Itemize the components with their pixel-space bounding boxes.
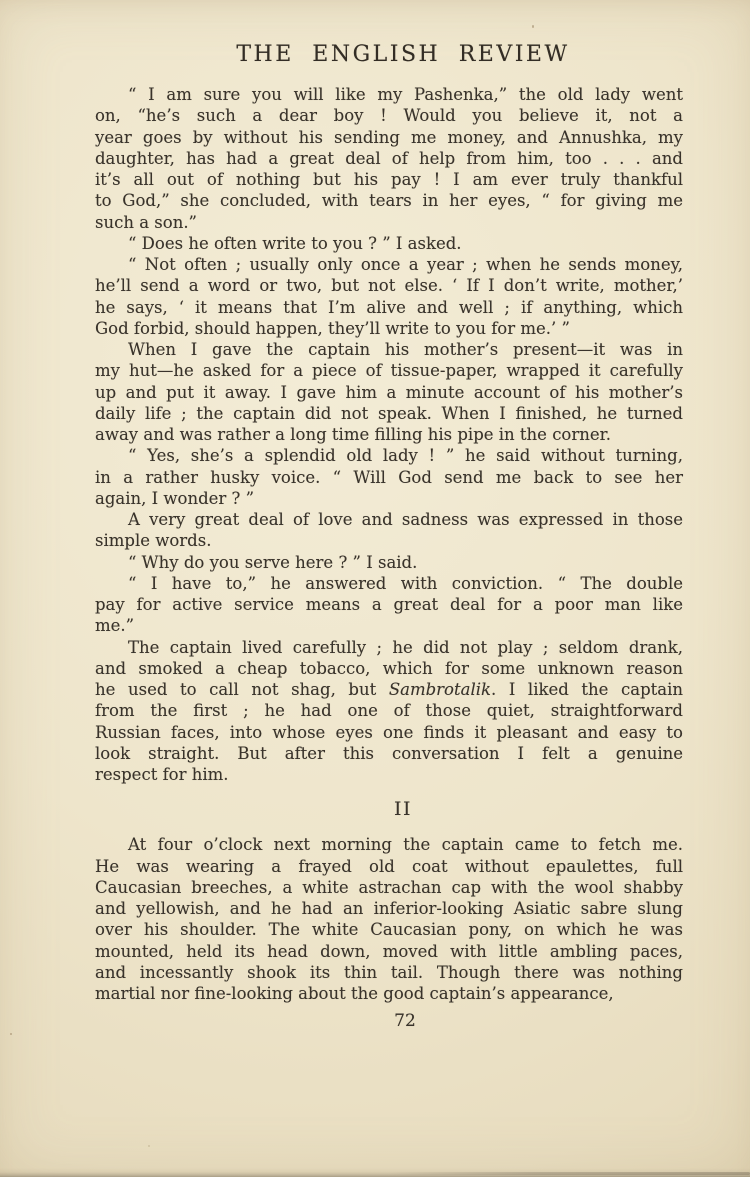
- paragraph: At four o’clock next morning the captain…: [95, 834, 683, 1004]
- text-line: on, “he’s such a dear boy ! Would you be…: [95, 105, 683, 126]
- paragraph: “ Does he often write to you ? ” I asked…: [95, 233, 683, 254]
- text-line: “ Not often ; usually only once a year ;…: [95, 254, 683, 275]
- text-line: When I gave the captain his mother’s pre…: [95, 339, 683, 360]
- text-line: A very great deal of love and sadness wa…: [95, 509, 683, 530]
- text-line: The captain lived carefully ; he did not…: [95, 637, 683, 658]
- page-edge-line: [390, 1172, 750, 1175]
- text-line: he used to call not shag, but Sambrotali…: [95, 679, 683, 700]
- paper-speck: [148, 1145, 150, 1147]
- text-line: from the first ; he had one of those qui…: [95, 700, 683, 721]
- text-line: up and put it away. I gave him a minute …: [95, 382, 683, 403]
- text-line: me.”: [95, 615, 683, 636]
- text-line: and yellowish, and he had an inferior-lo…: [95, 898, 683, 919]
- text-line: “ I have to,” he answered with convictio…: [95, 573, 683, 594]
- paragraph: The captain lived carefully ; he did not…: [95, 637, 683, 786]
- text-line: Caucasian breeches, a white astrachan ca…: [95, 877, 683, 898]
- text-line: away and was rather a long time filling …: [95, 424, 683, 445]
- text-line: he’ll send a word or two, but not else. …: [95, 275, 683, 296]
- text-line: He was wearing a frayed old coat without…: [95, 856, 683, 877]
- paragraph: “ I have to,” he answered with convictio…: [95, 573, 683, 637]
- text-line: Russian faces, into whose eyes one finds…: [95, 722, 683, 743]
- text-line: martial nor fine-looking about the good …: [95, 983, 683, 1004]
- text-line: look straight. But after this conversati…: [95, 743, 683, 764]
- text-line: year goes by without his sending me mone…: [95, 127, 683, 148]
- text-line: over his shoulder. The white Caucasian p…: [95, 919, 683, 940]
- paragraph: “ Yes, she’s a splendid old lady ! ” he …: [95, 445, 683, 509]
- text-line: my hut—he asked for a piece of tissue-pa…: [95, 360, 683, 381]
- paragraph: A very great deal of love and sadness wa…: [95, 509, 683, 552]
- text-line: daughter, has had a great deal of help f…: [95, 148, 683, 169]
- paragraph: When I gave the captain his mother’s pre…: [95, 339, 683, 445]
- text-line: it’s all out of nothing but his pay ! I …: [95, 169, 683, 190]
- paragraph: “ Not often ; usually only once a year ;…: [95, 254, 683, 339]
- text-line: and smoked a cheap tobacco, which for so…: [95, 658, 683, 679]
- text-line: God forbid, should happen, they’ll write…: [95, 318, 683, 339]
- text-line: daily life ; the captain did not speak. …: [95, 403, 683, 424]
- text-line: in a rather husky voice. “ Will God send…: [95, 467, 683, 488]
- text-line: to God,” she concluded, with tears in he…: [95, 190, 683, 211]
- page-body: “ I am sure you will like my Pashenka,” …: [95, 84, 683, 1004]
- text-line: and incessantly shook its thin tail. Tho…: [95, 962, 683, 983]
- text-line: simple words.: [95, 530, 683, 551]
- text-line: pay for active service means a great dea…: [95, 594, 683, 615]
- text-line: “ Why do you serve here ? ” I said.: [95, 552, 683, 573]
- text-line: such a son.”: [95, 212, 683, 233]
- page-title: THE ENGLISH REVIEW: [109, 42, 697, 68]
- text-line: “ Does he often write to you ? ” I asked…: [95, 233, 683, 254]
- text-line: respect for him.: [95, 764, 683, 785]
- text-line: mounted, held its head down, moved with …: [95, 941, 683, 962]
- paragraph: “ Why do you serve here ? ” I said.: [95, 552, 683, 573]
- paper-speck: [10, 1033, 12, 1035]
- page-number: 72: [111, 1010, 699, 1032]
- italic-text: Sambrotalik: [389, 680, 491, 699]
- text-line: he says, ‘ it means that I’m alive and w…: [95, 297, 683, 318]
- section-heading: II: [109, 799, 697, 820]
- text-line: “ Yes, she’s a splendid old lady ! ” he …: [95, 445, 683, 466]
- text-line: “ I am sure you will like my Pashenka,” …: [95, 84, 683, 105]
- text-line: again, I wonder ? ”: [95, 488, 683, 509]
- paragraph: “ I am sure you will like my Pashenka,” …: [95, 84, 683, 233]
- paper-speck: [532, 25, 534, 28]
- book-page-scan: THE ENGLISH REVIEW “ I am sure you will …: [0, 0, 750, 1177]
- text-line: At four o’clock next morning the captain…: [95, 834, 683, 855]
- page-content: THE ENGLISH REVIEW “ I am sure you will …: [95, 42, 683, 1032]
